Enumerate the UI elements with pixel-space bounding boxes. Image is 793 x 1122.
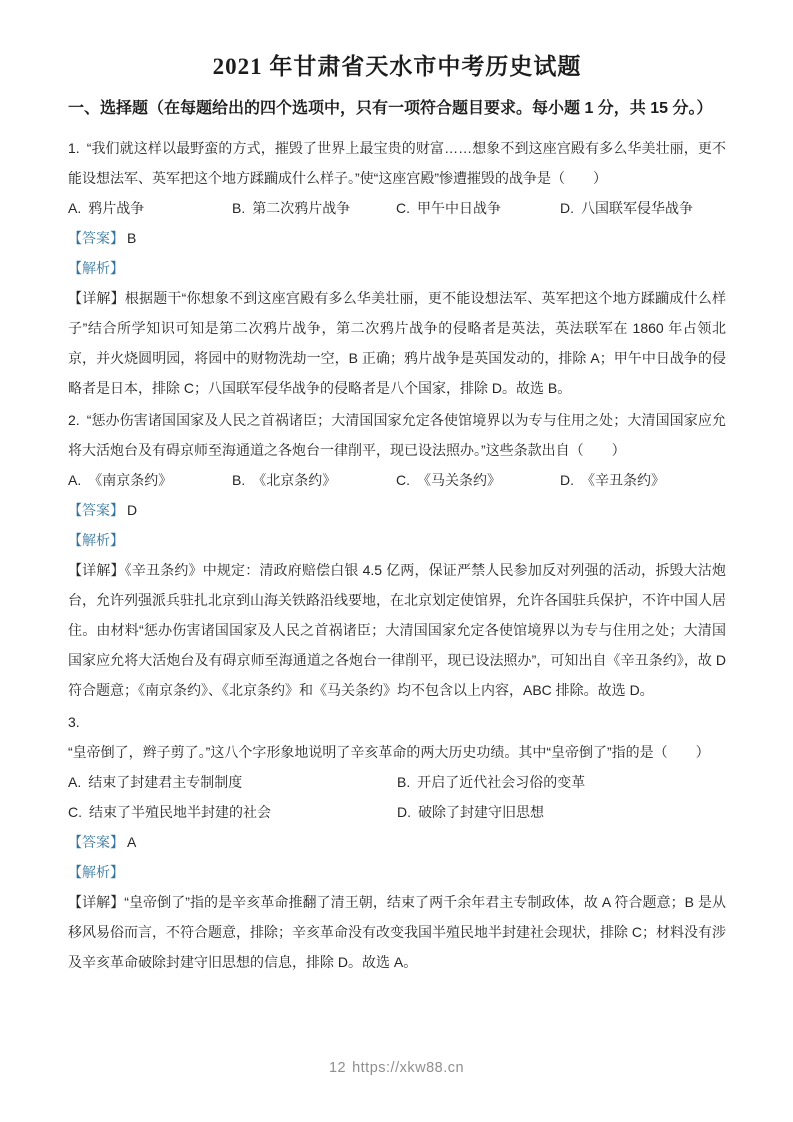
answer-line: 【答案】D — [68, 495, 726, 525]
option-text: 破除了封建守旧思想 — [418, 804, 544, 820]
question-stem: 1.“我们就这样以最野蛮的方式，摧毁了世界上最宝贵的财富……想象不到这座宫殿有多… — [68, 133, 726, 193]
analysis-label: 【解析】 — [68, 260, 124, 276]
question-number: 1. — [68, 140, 80, 156]
question-stem-text: “我们就这样以最野蛮的方式，摧毁了世界上最宝贵的财富……想象不到这座宫殿有多么华… — [68, 140, 726, 186]
footer-url: https://xkw88.cn — [352, 1060, 464, 1076]
option-item-b: B.第二次鸦片战争 — [232, 193, 396, 223]
section-heading: 一、选择题（在每题给出的四个选项中，只有一项符合题目要求。每小题 1 分，共 1… — [68, 97, 726, 121]
option-item-a: A.结束了封建君主专制制度 — [68, 767, 397, 797]
page-title: 2021 年甘肃省天水市中考历史试题 — [68, 48, 726, 81]
detail-label: 【详解】 — [68, 290, 125, 306]
option-text: 鸦片战争 — [88, 200, 144, 216]
answer-value: A — [127, 834, 136, 850]
detail-paragraph: 【详解】“皇帝倒了”指的是辛亥革命推翻了清王朝，结束了两千余年君主专制政体，故 … — [68, 887, 726, 977]
option-text: 开启了近代社会习俗的变革 — [417, 774, 585, 790]
option-item-a: A.鸦片战争 — [68, 193, 232, 223]
analysis-line: 【解析】 — [68, 525, 726, 555]
answer-line: 【答案】A — [68, 827, 726, 857]
option-text: 《南京条约》 — [88, 472, 172, 488]
option-item-c: C.甲午中日战争 — [396, 193, 560, 223]
option-key: C. — [396, 472, 410, 488]
option-item-d: D.八国联军侵华战争 — [560, 193, 726, 223]
detail-paragraph: 【详解】根据题干“你想象不到这座宫殿有多么华美壮丽，更不能设想法军、英军把这个地… — [68, 283, 726, 403]
option-key: B. — [397, 774, 410, 790]
option-item-c: C.结束了半殖民地半封建的社会 — [68, 797, 397, 827]
question-stem-text: “皇帝倒了，辫子剪了。”这八个字形象地说明了辛亥革命的两大历史功绩。其中“皇帝倒… — [68, 744, 710, 760]
analysis-line: 【解析】 — [68, 253, 726, 283]
option-item-b: B.《北京条约》 — [232, 465, 396, 495]
option-text: 结束了封建君主专制制度 — [88, 774, 242, 790]
document-content: 2021 年甘肃省天水市中考历史试题 一、选择题（在每题给出的四个选项中，只有一… — [0, 0, 793, 977]
option-item-b: B.开启了近代社会习俗的变革 — [397, 767, 726, 797]
options-grid: A.结束了封建君主专制制度 B.开启了近代社会习俗的变革 C.结束了半殖民地半封… — [68, 767, 726, 827]
analysis-label: 【解析】 — [68, 532, 124, 548]
option-key: A. — [68, 774, 81, 790]
option-item-d: D.《辛丑条约》 — [560, 465, 726, 495]
question-stem: 3.“皇帝倒了，辫子剪了。”这八个字形象地说明了辛亥革命的两大历史功绩。其中“皇… — [68, 707, 726, 767]
option-key: D. — [560, 200, 574, 216]
page-footer: 12https://xkw88.cn — [0, 1060, 793, 1076]
option-text: 结束了半殖民地半封建的社会 — [89, 804, 271, 820]
detail-label: 【详解】 — [68, 562, 125, 578]
option-key: B. — [232, 200, 245, 216]
options-row: A.《南京条约》 B.《北京条约》 C.《马关条约》 D.《辛丑条约》 — [68, 465, 726, 495]
answer-line: 【答案】B — [68, 223, 726, 253]
question-number: 2. — [68, 412, 80, 428]
option-item-d: D.破除了封建守旧思想 — [397, 797, 726, 827]
detail-text: 《辛丑条约》中规定：清政府赔偿白银 4.5 亿两，保证严禁人民参加反对列强的活动… — [68, 562, 726, 698]
option-text: 《马关条约》 — [417, 472, 501, 488]
option-item-c: C.《马关条约》 — [396, 465, 560, 495]
answer-label: 【答案】 — [68, 230, 124, 246]
analysis-label: 【解析】 — [68, 864, 124, 880]
answer-label: 【答案】 — [68, 834, 124, 850]
exam-document-page: 2021 年甘肃省天水市中考历史试题 一、选择题（在每题给出的四个选项中，只有一… — [0, 0, 793, 1122]
detail-label: 【详解】 — [68, 894, 124, 910]
option-key: D. — [560, 472, 574, 488]
question-block-3: 3.“皇帝倒了，辫子剪了。”这八个字形象地说明了辛亥革命的两大历史功绩。其中“皇… — [68, 707, 726, 977]
detail-text: 根据题干“你想象不到这座宫殿有多么华美壮丽，更不能设想法军、英军把这个地方蹂躏成… — [68, 290, 726, 396]
footer-page-number: 12 — [329, 1060, 346, 1076]
detail-text: “皇帝倒了”指的是辛亥革命推翻了清王朝，结束了两千余年君主专制政体，故 A 符合… — [68, 894, 726, 970]
question-stem-text: “惩办伤害诸国国家及人民之首祸诸臣；大清国国家允定各使馆境界以为专与住用之处；大… — [68, 412, 726, 458]
option-text: 《北京条约》 — [252, 472, 336, 488]
option-key: B. — [232, 472, 245, 488]
analysis-line: 【解析】 — [68, 857, 726, 887]
option-text: 八国联军侵华战争 — [581, 200, 693, 216]
question-stem: 2.“惩办伤害诸国国家及人民之首祸诸臣；大清国国家允定各使馆境界以为专与住用之处… — [68, 405, 726, 465]
option-key: C. — [396, 200, 410, 216]
answer-value: B — [127, 230, 136, 246]
option-item-a: A.《南京条约》 — [68, 465, 232, 495]
question-block-2: 2.“惩办伤害诸国国家及人民之首祸诸臣；大清国国家允定各使馆境界以为专与住用之处… — [68, 405, 726, 705]
option-key: A. — [68, 472, 81, 488]
option-text: 《辛丑条约》 — [581, 472, 665, 488]
option-key: C. — [68, 804, 82, 820]
question-number: 3. — [68, 714, 80, 730]
answer-label: 【答案】 — [68, 502, 124, 518]
option-key: A. — [68, 200, 81, 216]
question-block-1: 1.“我们就这样以最野蛮的方式，摧毁了世界上最宝贵的财富……想象不到这座宫殿有多… — [68, 133, 726, 403]
option-text: 第二次鸦片战争 — [252, 200, 350, 216]
detail-paragraph: 【详解】《辛丑条约》中规定：清政府赔偿白银 4.5 亿两，保证严禁人民参加反对列… — [68, 555, 726, 705]
option-text: 甲午中日战争 — [417, 200, 501, 216]
options-row: A.鸦片战争 B.第二次鸦片战争 C.甲午中日战争 D.八国联军侵华战争 — [68, 193, 726, 223]
option-key: D. — [397, 804, 411, 820]
answer-value: D — [127, 502, 137, 518]
